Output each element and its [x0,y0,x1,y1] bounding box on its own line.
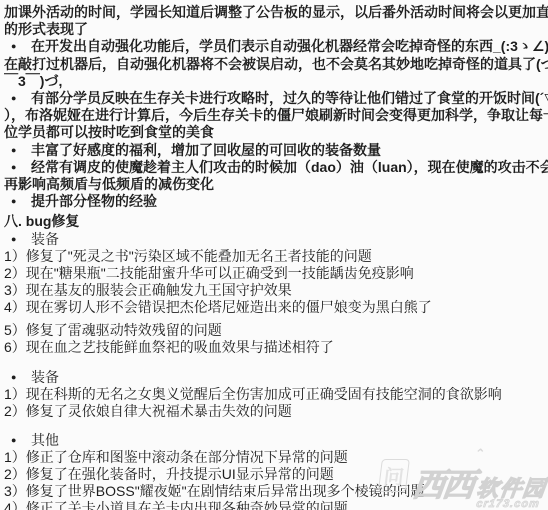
bullet-line: ●装备 [4,231,548,248]
patch-notes-document: 加课外活动的时间，学园长知道后调整了公告板的显示，以后番外活动时间将会以更加直观… [0,0,548,510]
bullet-icon: ● [4,193,31,210]
bullet-line: ●丰富了好感度的福利，增加了回收屋的可回收的装备数量 [4,142,548,159]
bug-fix-section: 八. bug修复 ●装备 1）修复了"死灵之书"污染区域不能叠加无名王者技能的问… [4,213,548,510]
category-label: 其他 [31,432,59,448]
bullet-icon: ● [4,142,31,159]
bullet-icon: ● [4,231,31,248]
doc-line: 加课外活动的时间，学园长知道后调整了公告板的显示，以后番外活动时间将会以更加直观 [4,4,548,21]
numbered-line: 2）修复了在强化装备时，升技提示UI显示异常的问题 [4,466,548,483]
numbered-line: 2）现在"糖果瓶"二技能甜蜜升华可以正确受到一技能龋齿免疫影响 [4,265,548,282]
numbered-line: 1）修正了仓库和图鉴中滚动条在部分情况下异常的问题 [4,449,548,466]
doc-line-text: 提升部分怪物的经验 [31,193,157,209]
numbered-line: 3）现在基友的服装会正确触发九王国守护效果 [4,282,548,299]
update-notes-section: 加课外活动的时间，学园长知道后调整了公告板的显示，以后番外活动时间将会以更加直观… [4,4,548,210]
bullet-line: ●经常有调皮的使魔趁着主人们攻击的时候加（dao）油（luan），现在使魔的攻击… [4,159,548,176]
numbered-line: 5）修复了雷魂驱动特效残留的问题 [4,322,548,339]
bullet-line: ●有部分学员反映在生存关卡进行攻略时，过久的等待让他们错过了食堂的开饭时间(´▽… [4,90,548,107]
category-label: 装备 [31,231,59,247]
doc-line: ￣3￣)づ, [4,73,548,90]
numbered-line: 1）现在科斯的无名之女奥义觉醒后全伤害加成可正确受固有技能空洞的食欲影响 [4,386,548,403]
doc-line: 再影响高频盾与低频盾的减伤变化 [4,176,548,193]
numbered-line: 4）现在雾切人形不会错误把杰伦塔尼娅造出来的僵尸娘变为黑白熊了 [4,299,548,316]
numbered-line: 3）修复了世界BOSS"耀夜姬"在剧情结束后异常出现多个棱镜的问题 [4,483,548,500]
numbered-line: 6）现在血之艺技能鲜血祭祀的吸血效果与描述相符了 [4,339,548,356]
bullet-icon: ● [4,38,31,55]
bullet-icon: ● [4,369,31,386]
doc-line: 位学员都可以按时吃到食堂的美食 [4,124,548,141]
doc-line: 在敲打过机器后，自动强化机器将不会被误启动，也不会莫名其妙地吃掉奇怪的道具了(づ [4,56,548,73]
category-label: 装备 [31,369,59,385]
doc-line-text: 丰富了好感度的福利，增加了回收屋的可回收的装备数量 [31,142,381,158]
bullet-icon: ● [4,90,31,107]
section-heading: 八. bug修复 [4,213,548,230]
doc-line-text: 有部分学员反映在生存关卡进行攻略时，过久的等待让他们错过了食堂的开饭时间(´▽` [31,90,548,106]
doc-line: 的形式表现了 [4,21,548,38]
doc-line: ），布洛妮娅在进行计算后，今后生存关卡的僵尸娘刷新时间会变得更加科学，争取让每一 [4,107,548,124]
numbered-line: 1）修复了"死灵之书"污染区域不能叠加无名王者技能的问题 [4,248,548,265]
bullet-line: ●装备 [4,369,548,386]
numbered-line: 2）修复了灵依娘自律大祝福术暴击失效的问题 [4,403,548,420]
bullet-line: ●在开发出自动强化功能后，学员们表示自动强化机器经常会吃掉奇怪的东西_(:3ゝ∠… [4,38,548,55]
doc-line-text: 经常有调皮的使魔趁着主人们攻击的时候加（dao）油（luan），现在使魔的攻击不… [31,159,548,175]
doc-line-text: 在开发出自动强化功能后，学员们表示自动强化机器经常会吃掉奇怪的东西_(:3ゝ∠)… [31,38,548,54]
numbered-line: 4）修正了关卡小道具在关卡内出现各种奇妙异常的问题 [4,500,548,510]
bullet-line: ●其他 [4,432,548,449]
bullet-line: ●提升部分怪物的经验 [4,193,548,210]
bullet-icon: ● [4,159,31,176]
bullet-icon: ● [4,432,31,449]
